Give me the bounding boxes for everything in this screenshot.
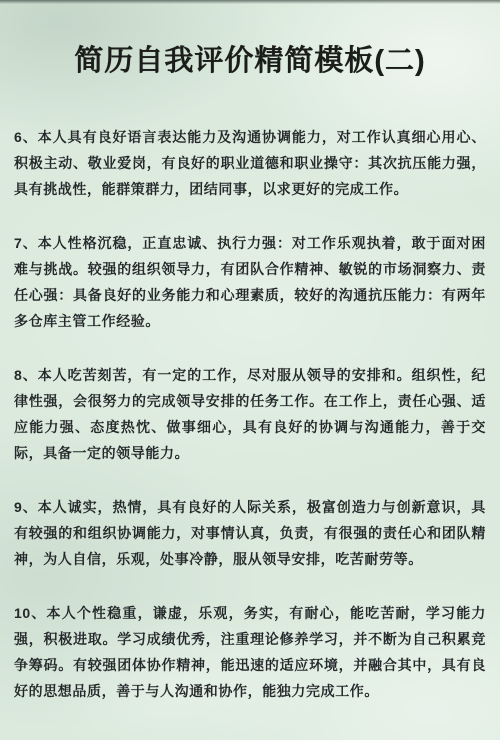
page-title: 简历自我评价精简模板(二): [14, 42, 486, 80]
paragraph-item-10: 10、本人个性稳重，谦虚，乐观，务实，有耐心，能吃苦耐，学习能力强，积极进取。学…: [14, 600, 486, 704]
paragraph-item-7: 7、本人性格沉稳，正直忠诚、执行力强：对工作乐观执着，敢于面对困难与挑战。较强的…: [14, 230, 486, 334]
paragraph-item-8: 8、本人吃苦刻苦，有一定的工作，尽对服从领导的安排和。组织性，纪律性强，会很努力…: [14, 362, 486, 466]
paragraph-list: 6、本人具有良好语言表达能力及沟通协调能力，对工作认真细心用心、积极主动、敬业爱…: [14, 124, 486, 704]
paragraph-item-9: 9、本人诚实，热情，具有良好的人际关系，极富创造力与创新意识，具有较强的和组织协…: [14, 494, 486, 572]
document-page: 简历自我评价精简模板(二) 6、本人具有良好语言表达能力及沟通协调能力，对工作认…: [0, 0, 500, 740]
paragraph-item-6: 6、本人具有良好语言表达能力及沟通协调能力，对工作认真细心用心、积极主动、敬业爱…: [14, 124, 486, 202]
